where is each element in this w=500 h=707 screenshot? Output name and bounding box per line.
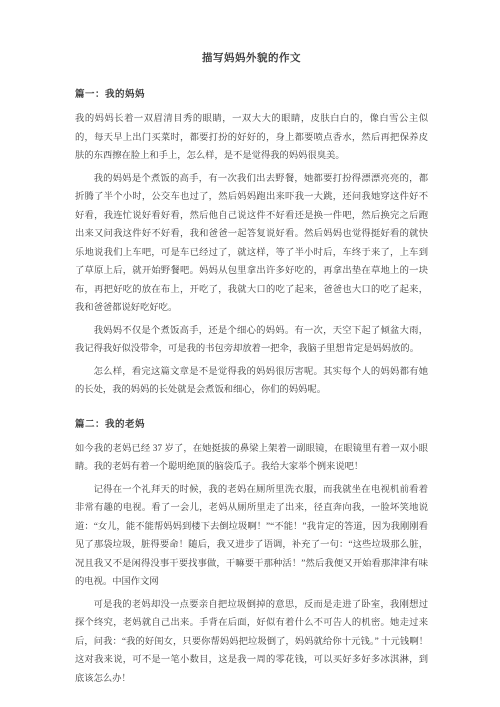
section-one: 篇一：我的妈妈 我的妈妈长着一双眉清目秀的眼睛，一双大大的眼睛，皮肤白白的，像白… <box>75 88 428 400</box>
section-two-paragraph-3: 可是我的老妈却没一点要亲自把垃圾倒掉的意思，反而是走进了卧室，我刚想过探个终究，… <box>75 596 428 689</box>
section-two-paragraph-2: 记得在一个礼拜天的时候，我的老妈在厕所里洗衣服，而我就坐在电视机前看着非常有趣的… <box>75 481 428 592</box>
section-one-paragraph-1: 我的妈妈长着一双眉清目秀的眼睛，一双大大的眼睛，皮肤白白的，像白雪公主似的，每天… <box>75 110 428 166</box>
section-one-paragraph-4: 怎么样，看完这篇文章是不是觉得我的妈妈很厉害呢。其实每个人的妈妈都有她的长处，我… <box>75 363 428 400</box>
document-page: 描写妈妈外貌的作文 篇一：我的妈妈 我的妈妈长着一双眉清目秀的眼睛，一双大大的眼… <box>0 0 500 707</box>
section-two-paragraph-1: 如今我的老妈已经 37 岁了，在她挺拔的鼻梁上架着一副眼镜，在眼镜里有着一双小眼… <box>75 440 428 477</box>
section-two: 篇二：我的老妈 如今我的老妈已经 37 岁了，在她挺拔的鼻梁上架着一副眼镜，在眼… <box>75 418 428 689</box>
section-one-paragraph-3: 我妈妈不仅是个煮饭高手，还是个细心的妈妈。有一次，天空下起了倾盆大雨，我记得我好… <box>75 322 428 359</box>
section-one-heading: 篇一：我的妈妈 <box>75 88 428 102</box>
section-two-heading: 篇二：我的老妈 <box>75 418 428 432</box>
document-title: 描写妈妈外貌的作文 <box>75 51 428 66</box>
section-one-paragraph-2: 我的妈妈是个煮饭的高手，有一次我们出去野餐，她都要打扮得漂漂亮亮的，都折腾了半个… <box>75 170 428 318</box>
